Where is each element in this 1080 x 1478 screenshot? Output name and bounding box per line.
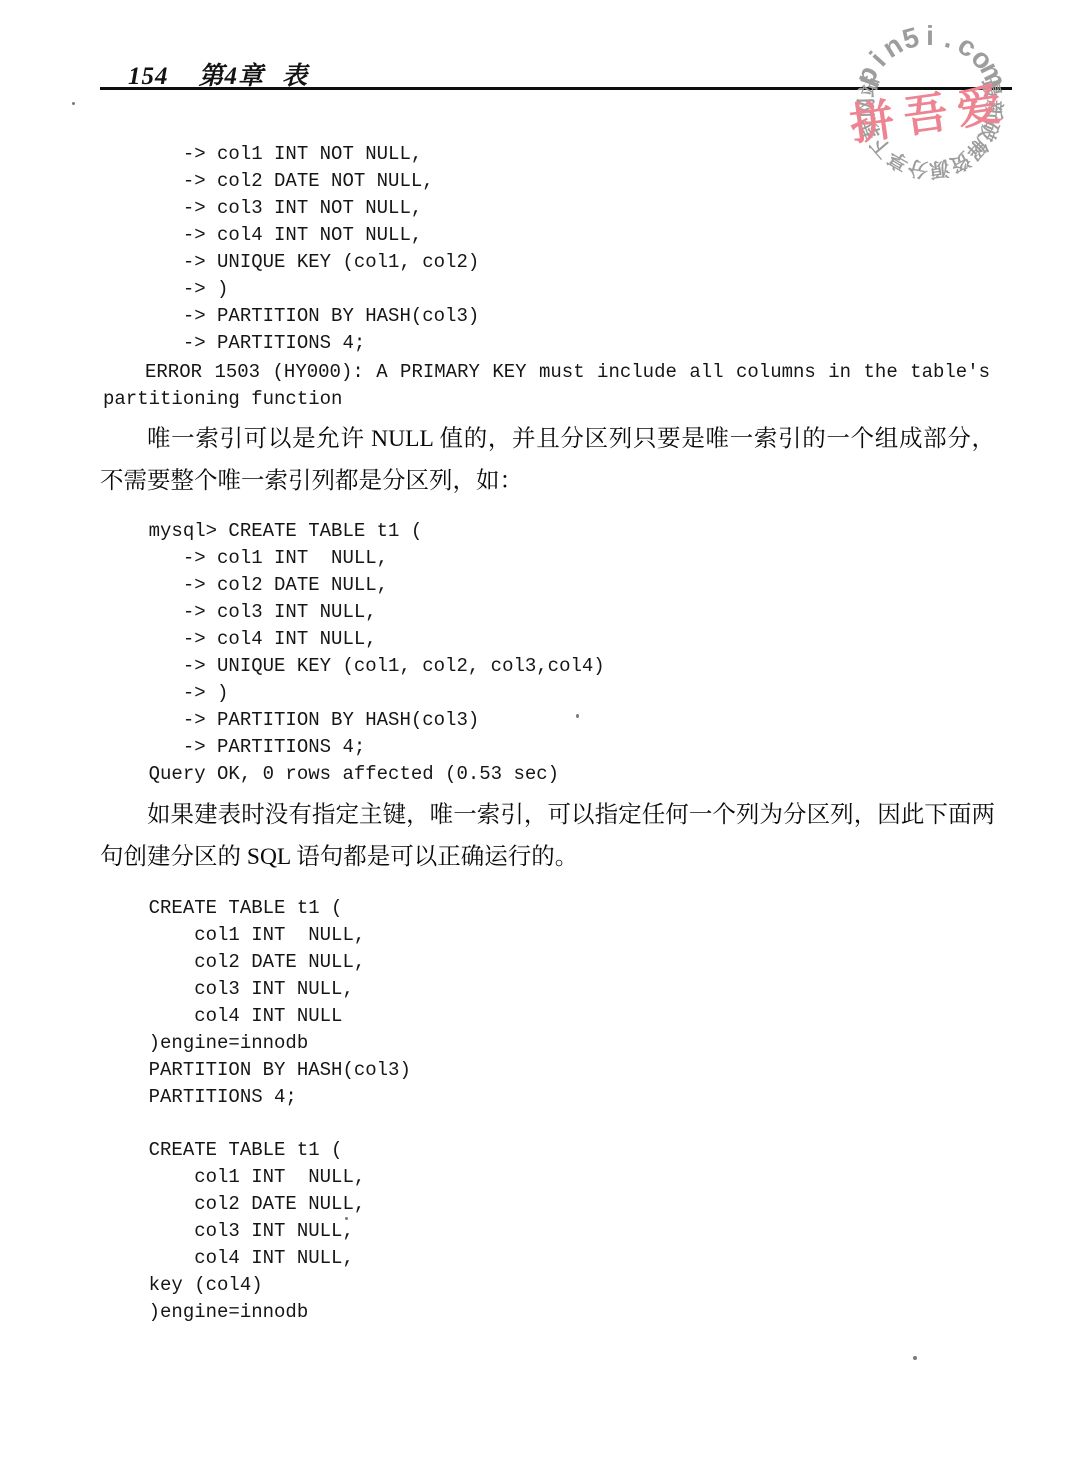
watermark-site-char: o (964, 42, 999, 76)
code-block-3: CREATE TABLE t1 ( col1 INT NULL, col2 DA… (103, 895, 411, 1111)
scan-speck (72, 102, 75, 105)
chapter-title: 表 (282, 63, 308, 90)
page-number: 154 (128, 63, 169, 90)
code-block-1-error-line: ERROR 1503 (HY000): A PRIMARY KEY must i… (145, 359, 990, 386)
chapter-label: 第4章 (199, 63, 265, 90)
code-block-1-error-wrap: partitioning function (103, 386, 342, 413)
paragraph-2: 如果建表时没有指定主键，唯一索引，可以指定任何一个列为分区列，因此下面两句创建分… (100, 794, 995, 878)
code-block-2: mysql> CREATE TABLE t1 ( -> col1 INT NUL… (103, 518, 605, 788)
watermark-ring-char: 新 (980, 99, 1010, 121)
watermark-ring-char: 载 (852, 115, 886, 144)
watermark-ring-char: 网 (850, 97, 879, 118)
watermark-site-char: i (926, 20, 934, 52)
watermark-ring-char: 享 (881, 145, 913, 180)
watermark-stamp: pin5i.com 最新破解资源分享下载网站 拼吾爱 (830, 4, 1030, 209)
paragraph-1: 唯一索引可以是允许 NULL 值的，并且分区列只要是唯一索引的一个组成部分，不需… (100, 418, 995, 502)
watermark-ring-char: 分 (905, 154, 930, 186)
code-block-4: CREATE TABLE t1 ( col1 INT NULL, col2 DA… (103, 1137, 365, 1326)
book-page: 154第4章表 pin5i.com 最新破解资源分享下载网站 拼吾爱 -> co… (0, 0, 1080, 1478)
code-block-1: -> col1 INT NOT NULL, -> col2 DATE NOT N… (103, 141, 479, 357)
watermark-site-char: n (877, 29, 908, 65)
scan-speck (913, 1356, 917, 1360)
watermark-site-char: 5 (899, 21, 923, 56)
scan-speck (345, 1217, 348, 1220)
watermark-ring-char: 破 (973, 117, 1007, 147)
watermark-site-char: p (849, 61, 885, 90)
watermark-site-char: c (952, 29, 982, 64)
scan-speck (576, 714, 579, 718)
watermark-site-char: i (863, 46, 892, 73)
watermark-site-char: . (941, 22, 957, 55)
watermark-ring-char: 解 (961, 133, 996, 167)
watermark-ring-char: 资 (945, 146, 976, 181)
watermark-center-text: 拼吾爱 (845, 67, 1014, 153)
watermark-ring-char: 下 (863, 131, 898, 165)
watermark-ring-char: 站 (851, 72, 885, 100)
header-rule (100, 87, 1012, 90)
watermark-ring-char: 源 (928, 155, 952, 187)
